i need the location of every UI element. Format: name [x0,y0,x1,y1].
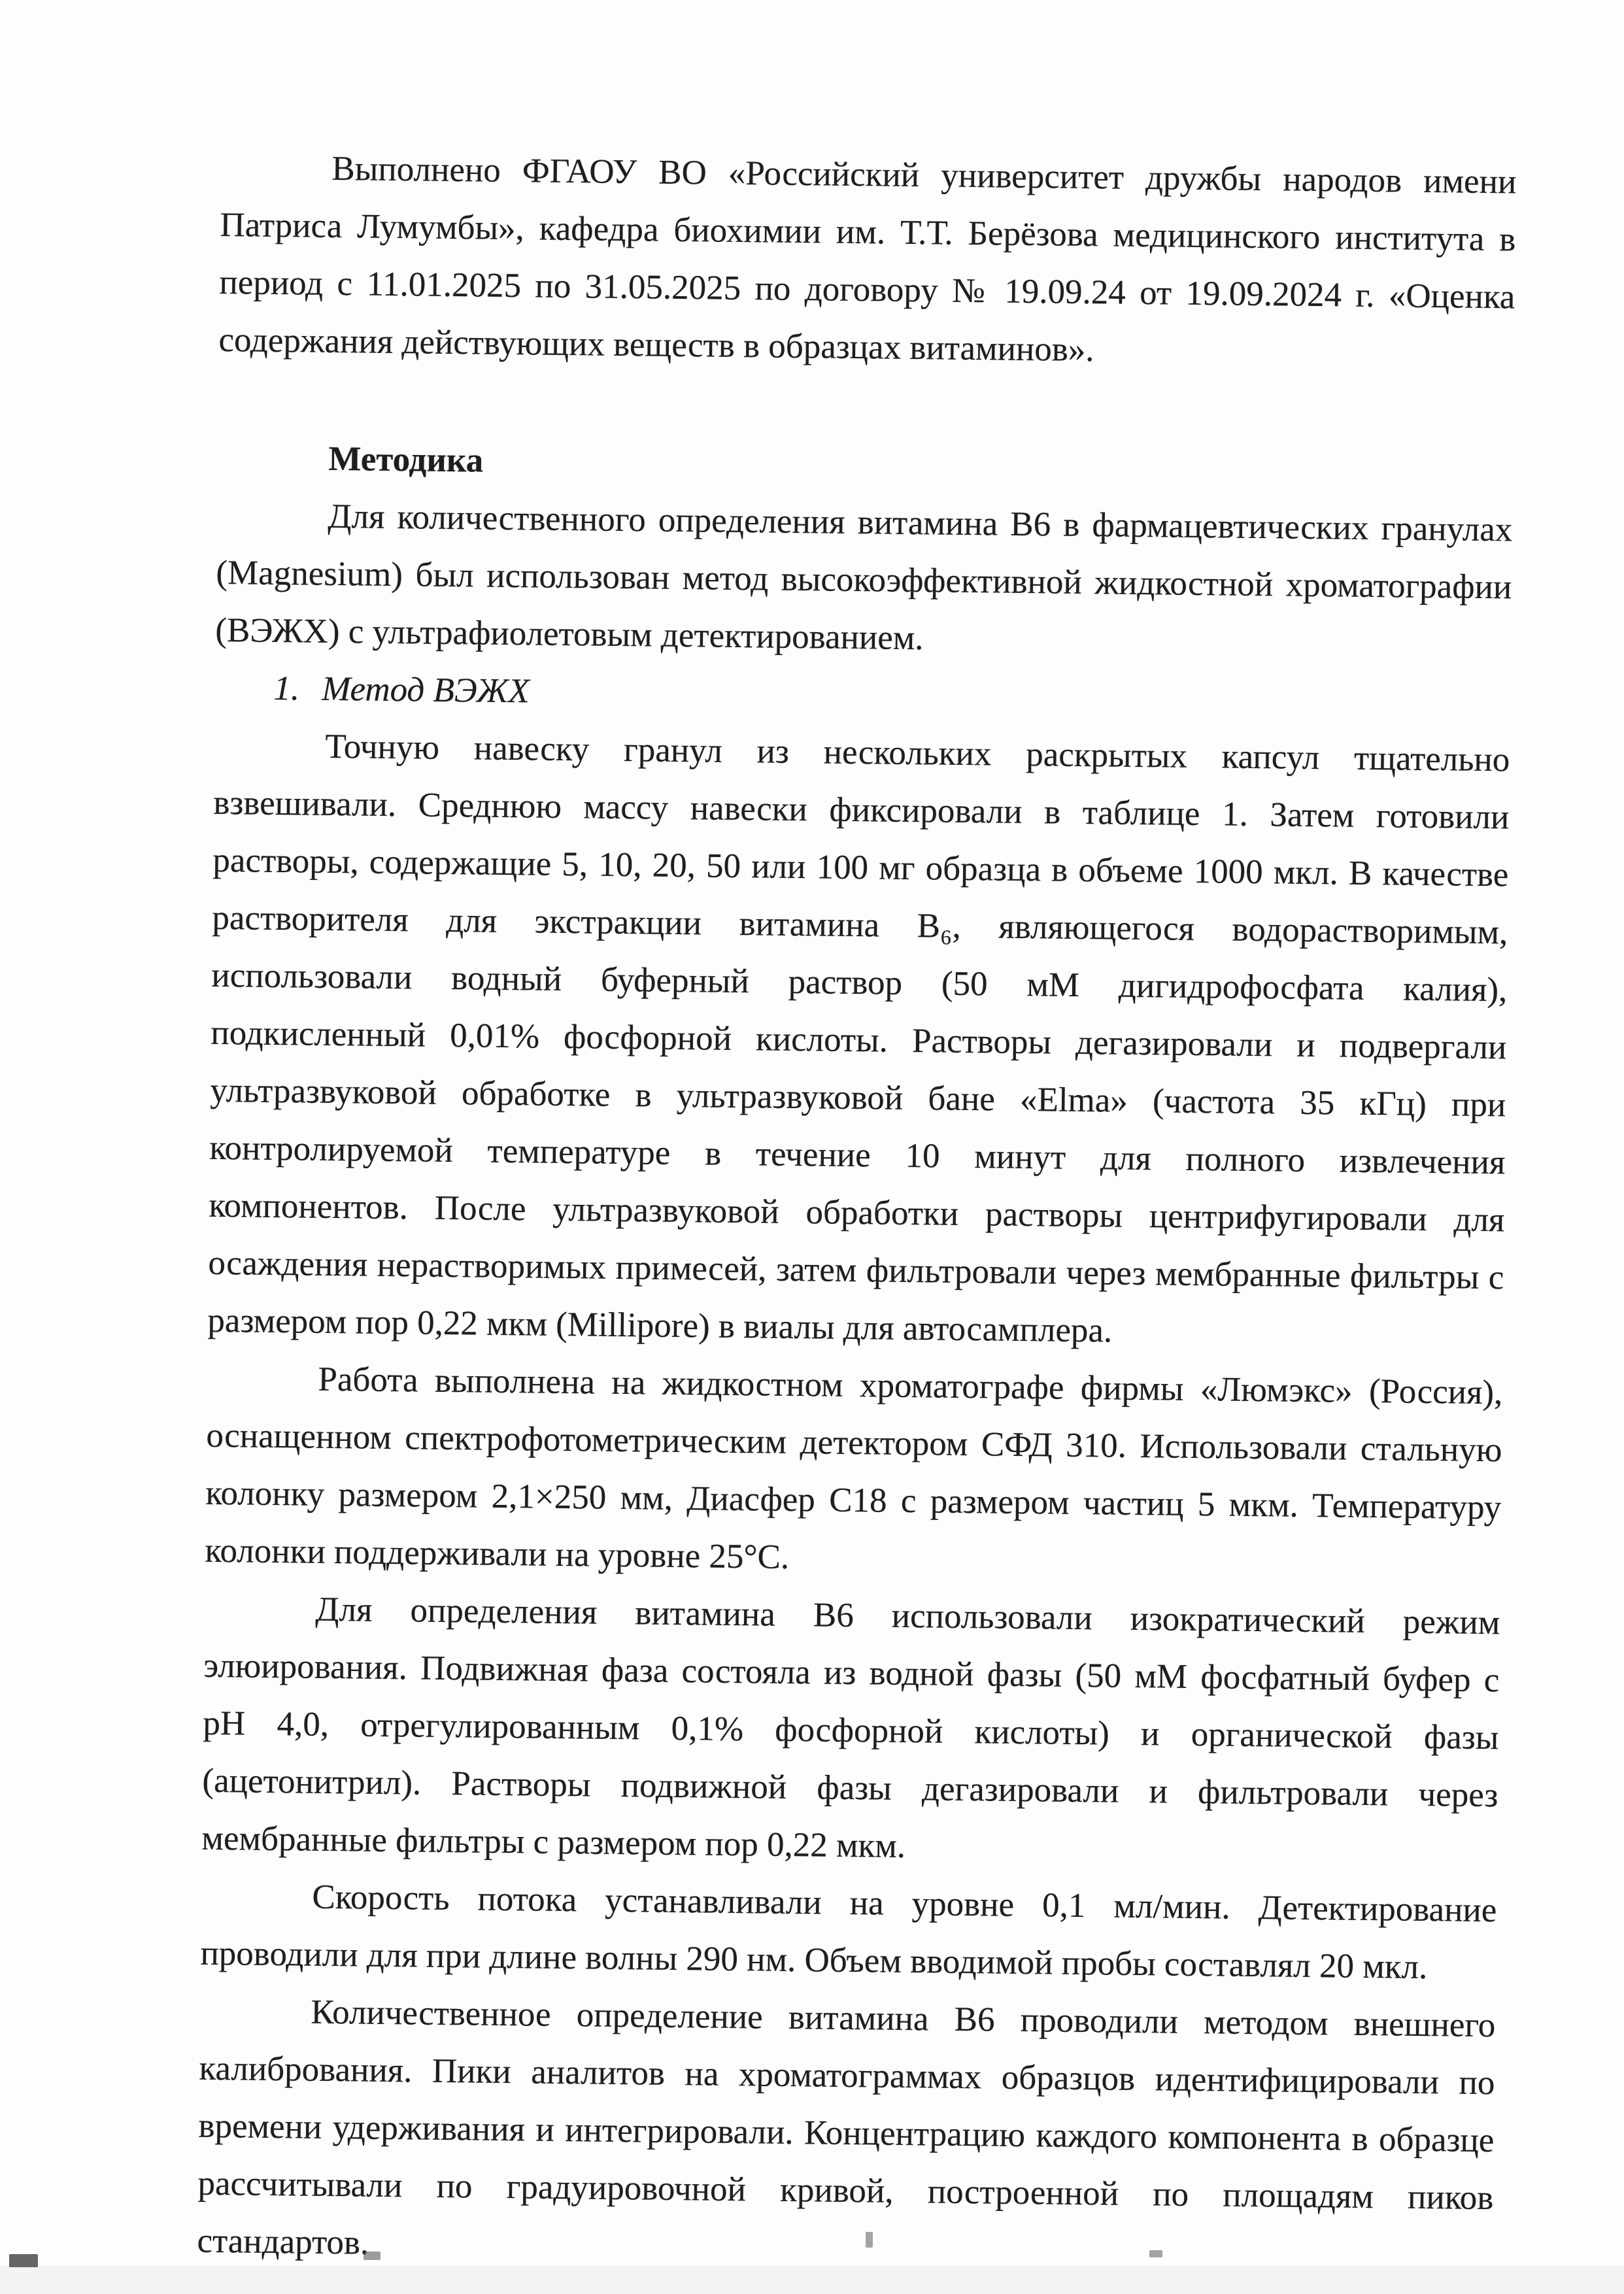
scan-artifact-speck [9,2254,38,2267]
document-content: Выполнено ФГАОУ ВО «Российский университ… [197,139,1517,2284]
scanned-document-page: Выполнено ФГАОУ ВО «Российский университ… [0,0,1624,2294]
sample-preparation-paragraph: Точную навеску гранул из нескольких раск… [207,717,1510,1364]
elution-paragraph: Для определения витамина В6 использовали… [201,1579,1500,1881]
method-intro-paragraph: Для количественного определения витамина… [215,486,1513,673]
scan-artifact-speck [364,2252,381,2260]
subsection-title: Метод ВЭЖХ [322,670,530,711]
scan-bottom-band [0,2267,1624,2294]
scan-artifact-speck [866,2232,873,2248]
intro-paragraph: Выполнено ФГАОУ ВО «Российский университ… [218,139,1517,383]
subsection-number: 1. [273,669,299,707]
scan-artifact-speck [1149,2250,1162,2257]
instrument-paragraph: Работа выполнена на жидкостном хроматогр… [205,1349,1503,1594]
quantification-paragraph: Количественное определение витамина В6 п… [197,1982,1496,2284]
flow-rate-paragraph: Скорость потока устанавливали на уровне … [200,1867,1497,1997]
